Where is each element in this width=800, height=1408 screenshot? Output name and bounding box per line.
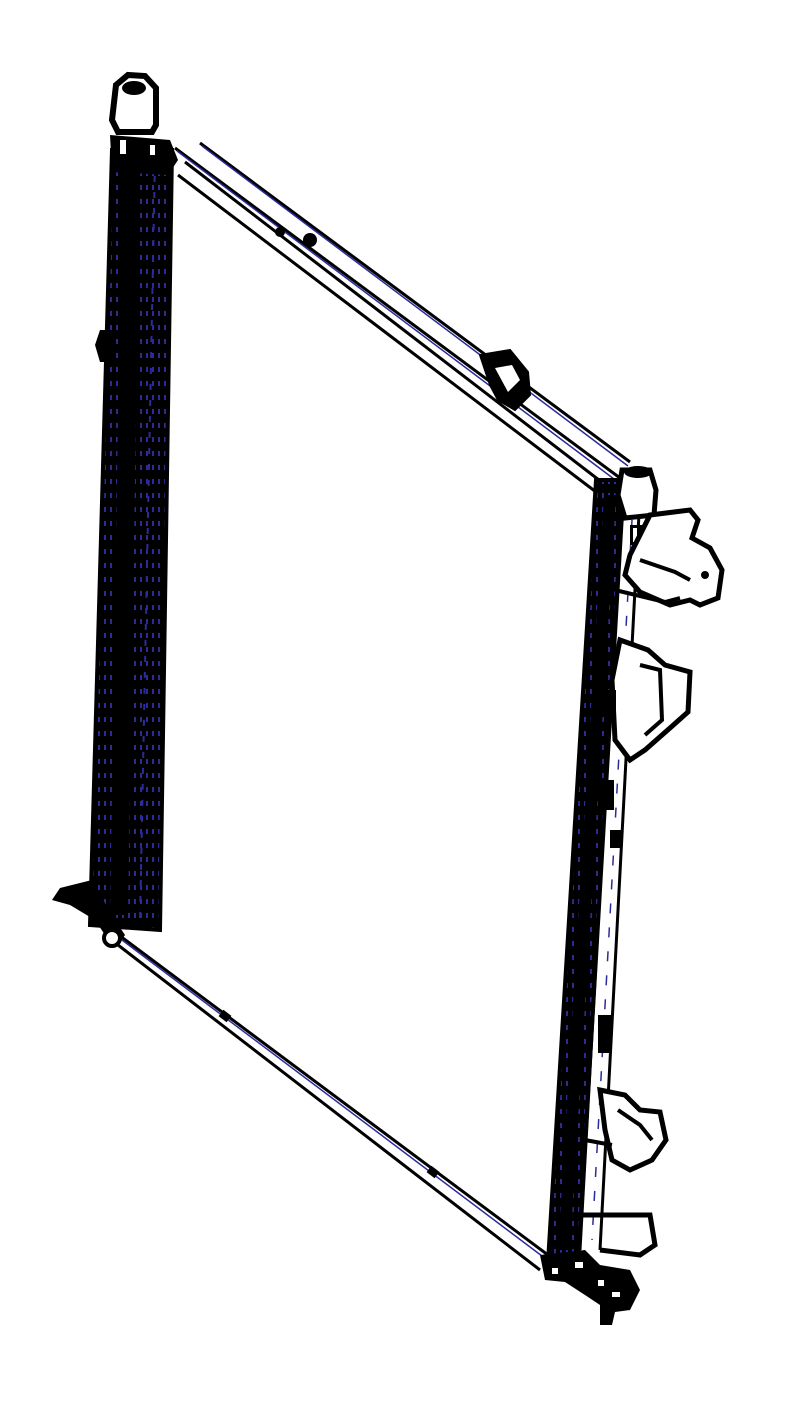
mounting-bracket-right: [602, 640, 690, 760]
upper-hose-outlet: [615, 466, 722, 605]
radiator-core: [108, 140, 612, 1262]
radiator-drawing: [0, 0, 800, 1408]
filler-neck: [110, 75, 178, 175]
drain-fitting: [540, 1250, 640, 1325]
left-tank: [52, 150, 172, 946]
radiator-diagram: [0, 0, 800, 1408]
